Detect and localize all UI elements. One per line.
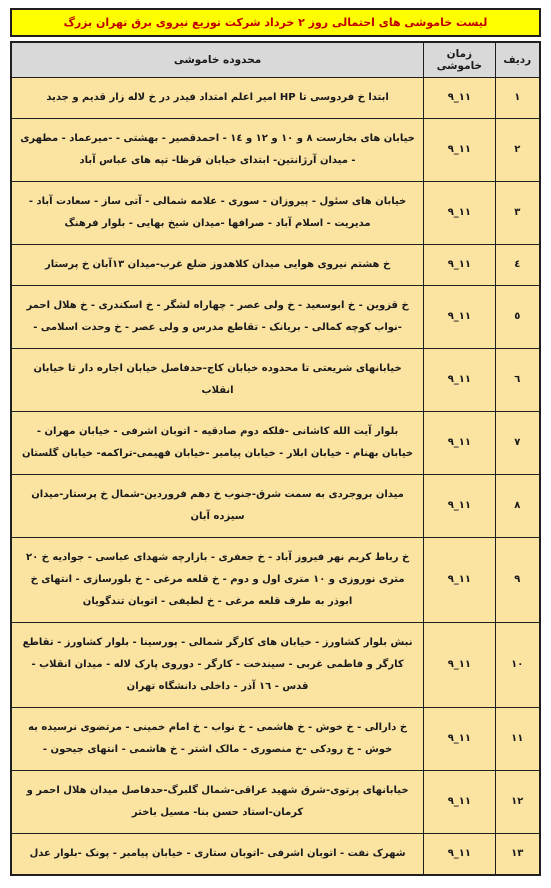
table-row: ١٠ ٩_١١ نبش بلوار کشاورز - خیابان های کا… <box>11 623 540 708</box>
row-number-cell: ٩ <box>495 538 540 623</box>
column-header-blackout-area: محدوده خاموشی <box>11 42 424 78</box>
blackout-area-cell: خیابان های سئول - پیروزان - سوری - علامه… <box>11 182 424 245</box>
row-number-cell: ١٠ <box>495 623 540 708</box>
blackout-area-cell: ابتدا خ فردوسی تا HP امیر اعلم امتداد فی… <box>11 78 424 119</box>
row-number-cell: ١٣ <box>495 834 540 876</box>
blackout-area-cell: خیابانهای پرتوی-شرق شهید عراقی-شمال گلبر… <box>11 771 424 834</box>
row-number-cell: ١٢ <box>495 771 540 834</box>
table-row: ٩ ٩_١١ خ رباط کریم نهر فیروز آباد - خ جع… <box>11 538 540 623</box>
page: لیست خاموشی های احتمالی روز ٢ خرداد شرکت… <box>0 0 551 888</box>
table-row: ٤ ٩_١١ خ هشتم نیروی هوایی میدان کلاهدوز … <box>11 245 540 286</box>
blackout-area-cell: نبش بلوار کشاورز - خیابان های کارگر شمال… <box>11 623 424 708</box>
blackout-time-cell: ٩_١١ <box>424 245 495 286</box>
table-row: ٨ ٩_١١ میدان بروجردی به سمت شرق-جنوب خ د… <box>11 475 540 538</box>
table-body: ١ ٩_١١ ابتدا خ فردوسی تا HP امیر اعلم ام… <box>11 78 540 876</box>
page-title: لیست خاموشی های احتمالی روز ٢ خرداد شرکت… <box>10 8 541 37</box>
table-row: ١٣ ٩_١١ شهرک نفت - اتوبان اشرفی -اتوبان … <box>11 834 540 876</box>
table-row: ١ ٩_١١ ابتدا خ فردوسی تا HP امیر اعلم ام… <box>11 78 540 119</box>
row-number-cell: ٨ <box>495 475 540 538</box>
row-number-cell: ٧ <box>495 412 540 475</box>
header-row: ردیف زمان خاموشی محدوده خاموشی <box>11 42 540 78</box>
blackout-area-cell: خ قزوین - خ ابوسعید - خ ولی عصر - چهاراه… <box>11 286 424 349</box>
table-row: ٦ ٩_١١ خیابانهای شریعتی تا محدوده خیابان… <box>11 349 540 412</box>
row-number-cell: ٢ <box>495 119 540 182</box>
blackout-area-cell: میدان بروجردی به سمت شرق-جنوب خ دهم فرور… <box>11 475 424 538</box>
blackout-time-cell: ٩_١١ <box>424 771 495 834</box>
blackout-area-cell: خ دارالی - خ خوش - خ هاشمی - خ نواب - خ … <box>11 708 424 771</box>
row-number-cell: ١ <box>495 78 540 119</box>
table-row: ٧ ٩_١١ بلوار آیت الله کاشانی -فلکه دوم ص… <box>11 412 540 475</box>
table-row: ١١ ٩_١١ خ دارالی - خ خوش - خ هاشمی - خ ن… <box>11 708 540 771</box>
table-row: ٥ ٩_١١ خ قزوین - خ ابوسعید - خ ولی عصر -… <box>11 286 540 349</box>
row-number-cell: ٦ <box>495 349 540 412</box>
blackout-time-cell: ٩_١١ <box>424 182 495 245</box>
column-header-row-number: ردیف <box>495 42 540 78</box>
blackout-area-cell: خ هشتم نیروی هوایی میدان کلاهدوز ضلع غرب… <box>11 245 424 286</box>
blackout-time-cell: ٩_١١ <box>424 78 495 119</box>
table-header: ردیف زمان خاموشی محدوده خاموشی <box>11 42 540 78</box>
blackout-area-cell: خیابانهای شریعتی تا محدوده خیابان کاج-حد… <box>11 349 424 412</box>
column-header-blackout-time: زمان خاموشی <box>424 42 495 78</box>
blackout-area-cell: بلوار آیت الله کاشانی -فلکه دوم صادقیه -… <box>11 412 424 475</box>
blackout-time-cell: ٩_١١ <box>424 708 495 771</box>
blackout-time-cell: ٩_١١ <box>424 475 495 538</box>
table-row: ٣ ٩_١١ خیابان های سئول - پیروزان - سوری … <box>11 182 540 245</box>
blackout-area-cell: شهرک نفت - اتوبان اشرفی -اتوبان ستاری - … <box>11 834 424 876</box>
blackout-time-cell: ٩_١١ <box>424 623 495 708</box>
row-number-cell: ١١ <box>495 708 540 771</box>
blackout-area-cell: خیابان های بخارست ٨ و ١٠ و ١٢ و ١٤ - احم… <box>11 119 424 182</box>
row-number-cell: ٥ <box>495 286 540 349</box>
blackout-time-cell: ٩_١١ <box>424 349 495 412</box>
blackout-time-cell: ٩_١١ <box>424 834 495 876</box>
table-row: ١٢ ٩_١١ خیابانهای پرتوی-شرق شهید عراقی-ش… <box>11 771 540 834</box>
blackout-time-cell: ٩_١١ <box>424 412 495 475</box>
blackout-schedule-table: ردیف زمان خاموشی محدوده خاموشی ١ ٩_١١ اب… <box>10 41 541 876</box>
blackout-time-cell: ٩_١١ <box>424 119 495 182</box>
blackout-time-cell: ٩_١١ <box>424 538 495 623</box>
table-row: ٢ ٩_١١ خیابان های بخارست ٨ و ١٠ و ١٢ و ١… <box>11 119 540 182</box>
blackout-area-cell: خ رباط کریم نهر فیروز آباد - خ جعفری - ب… <box>11 538 424 623</box>
row-number-cell: ٤ <box>495 245 540 286</box>
row-number-cell: ٣ <box>495 182 540 245</box>
blackout-time-cell: ٩_١١ <box>424 286 495 349</box>
